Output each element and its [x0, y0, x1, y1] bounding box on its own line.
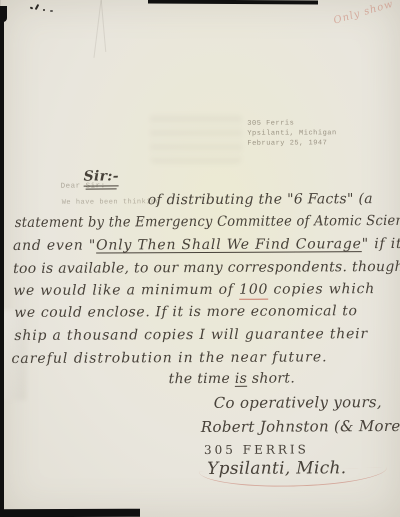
body-line-3: and even "Only Then Shall We Find Courag… — [13, 236, 400, 254]
letter-paper: Only show 305 Ferris Ypsilanti, Michigan… — [0, 0, 400, 517]
body-line-9: the time is short. — [169, 371, 296, 388]
typed-address-block: 305 Ferris Ypsilanti, Michigan February … — [247, 118, 336, 148]
typed-street: 305 Ferris — [247, 118, 336, 128]
body-line-1: of distributing the "6 Facts" (a — [148, 191, 373, 208]
scan-border-corner — [0, 6, 7, 22]
body-line-4: too is available, to our many correspond… — [13, 259, 400, 277]
typed-city: Ypsilanti, Michigan — [247, 128, 336, 138]
body-line-5-pre: we would like a minimum of — [13, 282, 239, 299]
scan-border-left — [0, 14, 4, 510]
body-line-3-post: " if it — [362, 236, 400, 252]
body-line-5-post: copies which — [268, 281, 375, 298]
red-pencil-annotation: Only show — [333, 0, 395, 27]
scanned-letter: Only show 305 Ferris Ypsilanti, Michigan… — [0, 0, 400, 517]
underlined-is: is — [235, 371, 247, 387]
valediction: Co operatively yours, — [214, 393, 382, 412]
underlined-title: Only Then Shall We Find Courage — [96, 236, 362, 253]
signature: Robert Johnston (& More) — [201, 417, 400, 436]
typed-date: February 25, 1947 — [247, 138, 336, 148]
signature-street: 305 FERRIS — [204, 442, 309, 457]
red-underlined-count: 100 — [239, 282, 268, 300]
scan-border-bottom — [0, 509, 140, 517]
body-line-2: statement by the Emergency Committee of … — [15, 213, 400, 231]
body-line-7: ship a thousand copies I will guarantee … — [14, 326, 368, 344]
letter-content: Only show 305 Ferris Ypsilanti, Michigan… — [0, 0, 400, 517]
body-line-5: we would like a minimum of 100 copies wh… — [13, 281, 375, 299]
body-line-8: careful distrobution in the near future. — [11, 349, 327, 367]
body-line-3-pre: and even " — [13, 238, 96, 254]
typed-lead-in: We have been thinking — [62, 198, 161, 207]
red-pencil-arc — [199, 467, 387, 488]
salutation-text: Sir:- — [84, 168, 119, 186]
body-line-6: we could enclose. If it is more economic… — [14, 303, 357, 321]
body-line-9-pre: the time — [169, 371, 235, 387]
body-line-9-post: short. — [247, 371, 295, 387]
handwritten-salutation: Sir:- — [84, 168, 119, 184]
